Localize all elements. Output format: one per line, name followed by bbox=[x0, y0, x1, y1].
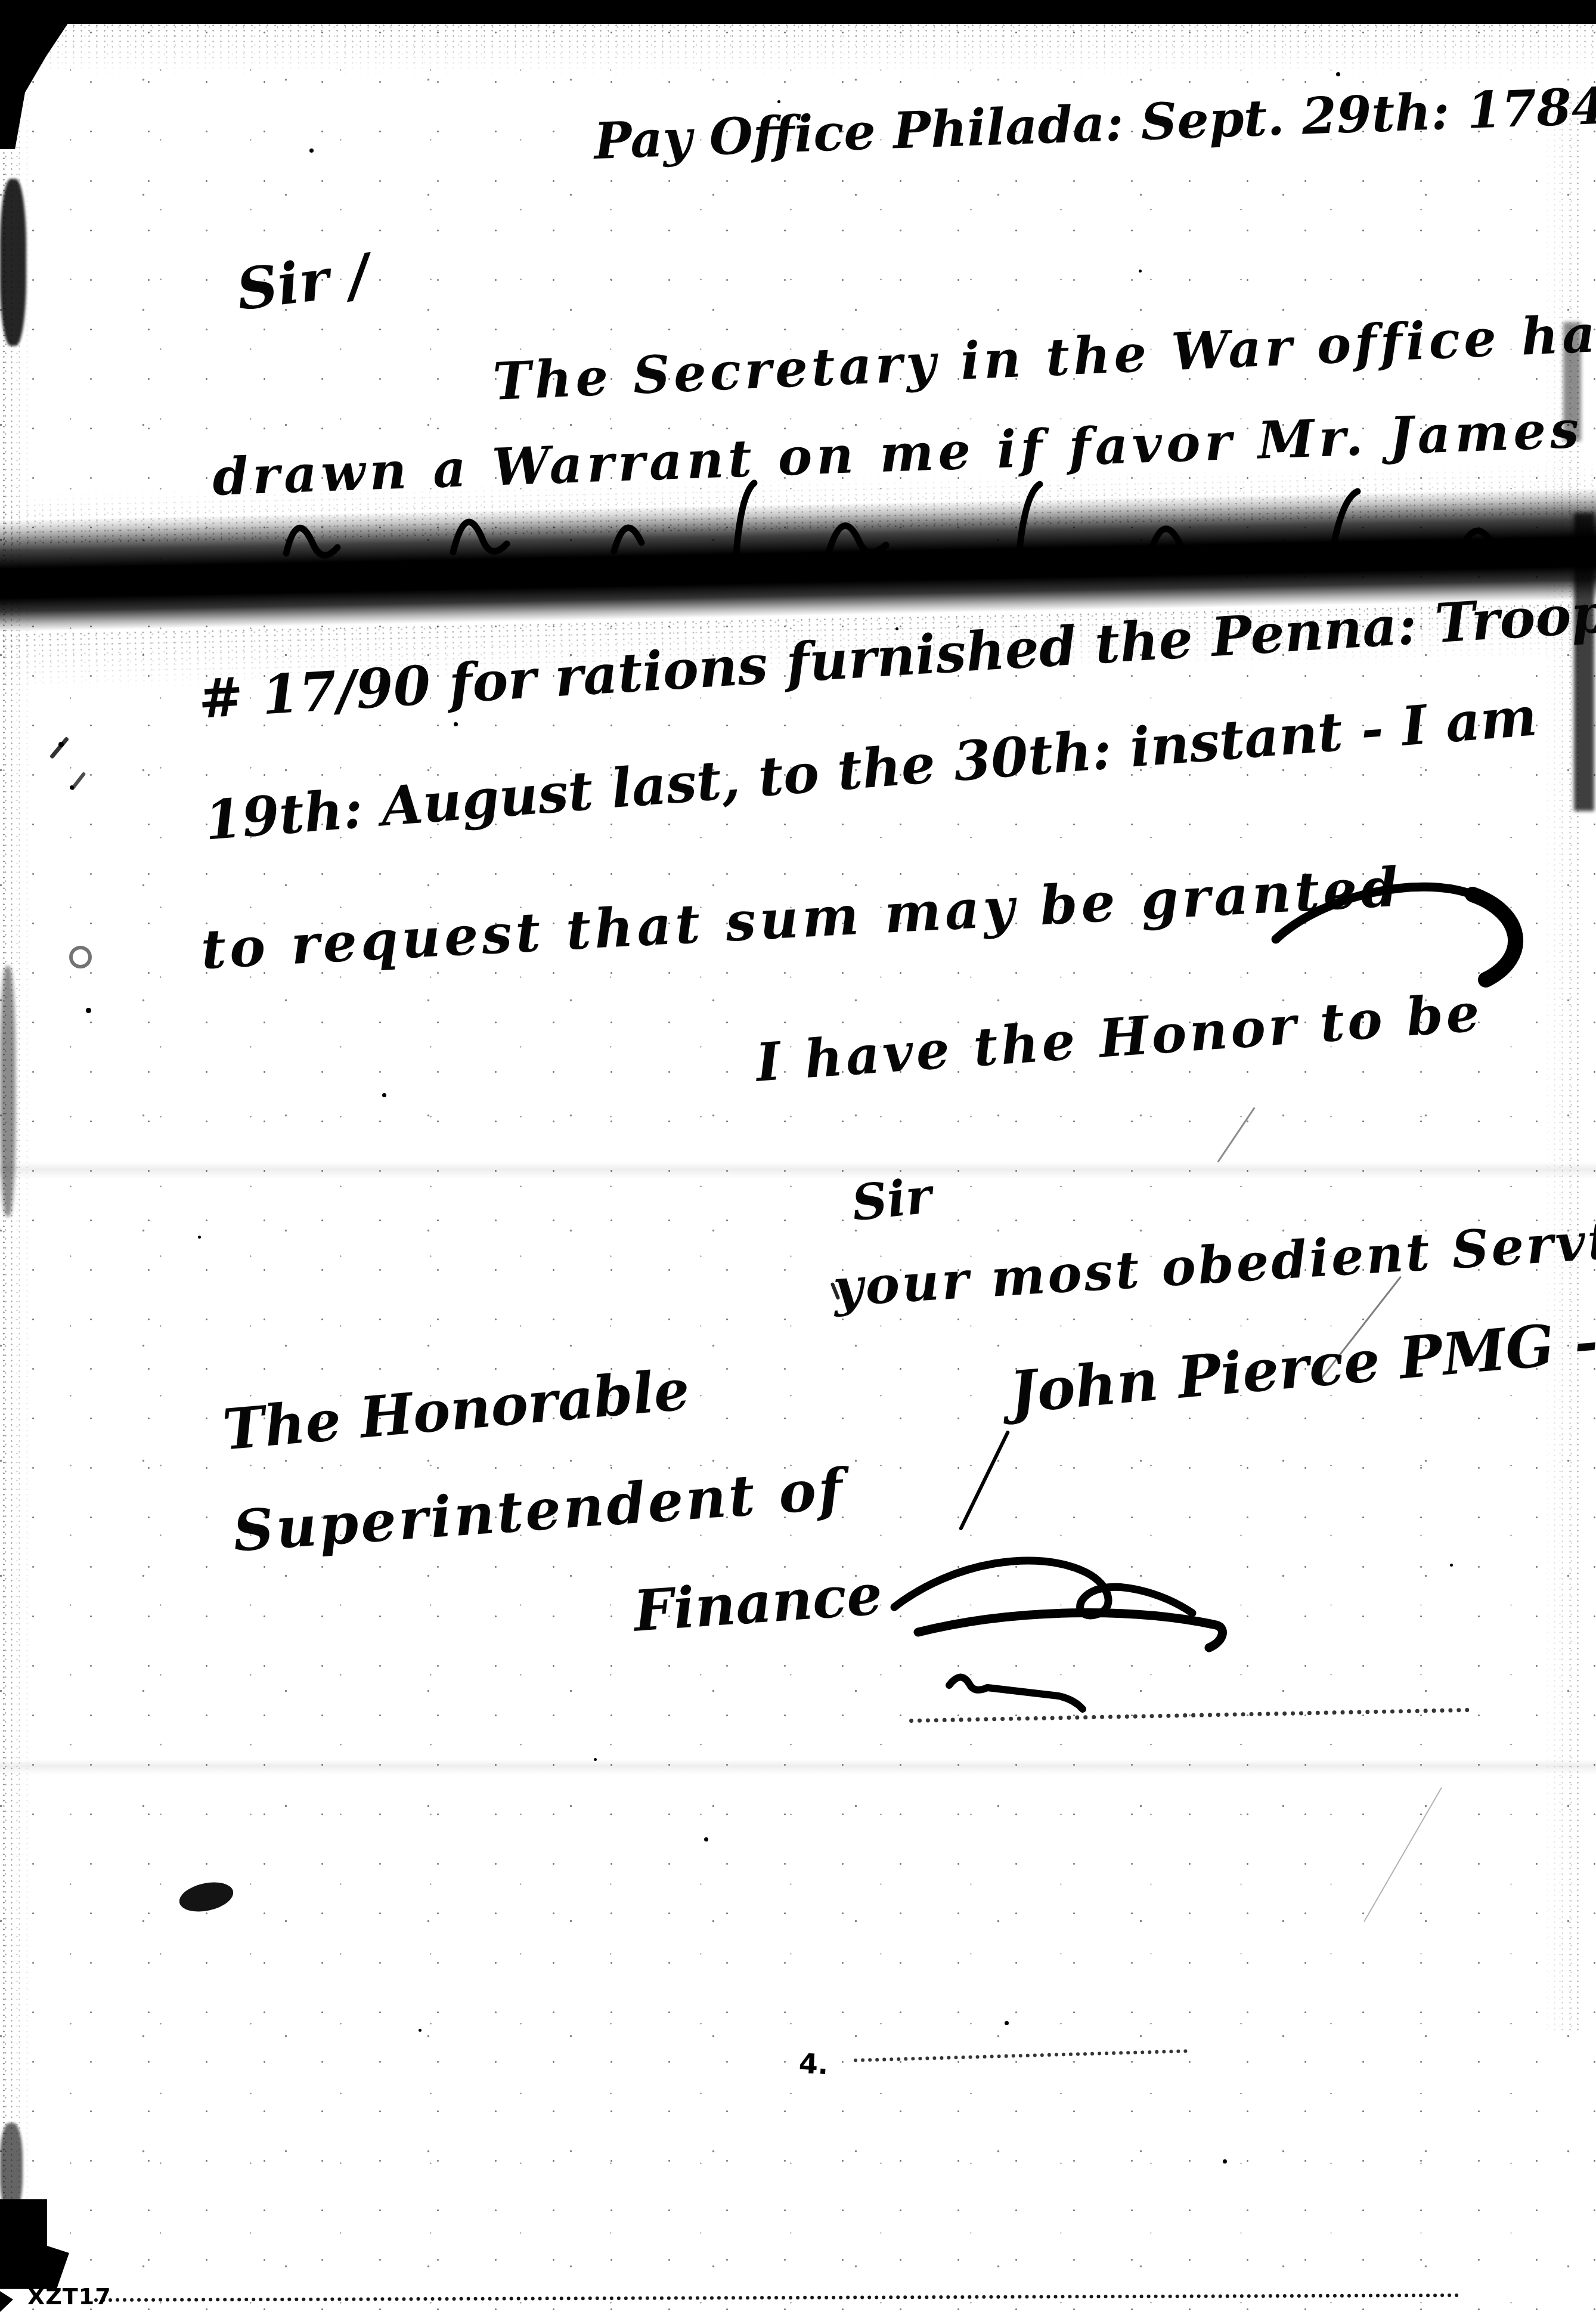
body-line-5: to request that sum may be granted bbox=[200, 860, 1403, 976]
stray-numeral: 4. bbox=[798, 2050, 829, 2079]
address-line-3: Finance bbox=[632, 1567, 884, 1640]
catalog-code: XZT17 bbox=[27, 2285, 111, 2308]
body-line-1: The Secretary in the War office has bbox=[492, 307, 1596, 408]
fold-crease-faint bbox=[0, 1759, 1596, 1775]
scratch-line bbox=[1363, 1787, 1442, 1922]
fly-specks bbox=[0, 0, 3, 3]
letter-scan-page: Pay Office Philada: Sept. 29th: 1784 ~ S… bbox=[0, 0, 1596, 2312]
signature: John Pierce PMG - bbox=[1008, 1313, 1596, 1422]
salutation: Sir / bbox=[234, 246, 372, 318]
ink-blot bbox=[176, 1878, 236, 1916]
closing-line-2: Sir bbox=[850, 1171, 934, 1228]
flourish-stroke bbox=[1270, 868, 1580, 999]
address-line-1: The Honorable bbox=[221, 1362, 692, 1459]
fold-crease-faint bbox=[0, 1162, 1596, 1180]
ink-tick bbox=[49, 736, 70, 759]
top-edge-noise bbox=[0, 23, 1596, 76]
signature-descender-stroke bbox=[959, 1430, 1010, 1531]
closing-line-3: your most obedient Servt bbox=[832, 1215, 1596, 1314]
left-edge-blob bbox=[0, 966, 16, 1217]
bottom-dotted-line bbox=[94, 2294, 1459, 2302]
flourish-stroke bbox=[882, 1536, 1252, 1661]
bleed-through-scribble bbox=[946, 1669, 1089, 1710]
left-edge-blob bbox=[0, 179, 26, 346]
closing-line-1: I have the Honor to be bbox=[754, 986, 1484, 1089]
ink-ring bbox=[69, 946, 92, 968]
top-scan-border bbox=[0, 0, 1596, 24]
scratch-line bbox=[1217, 1107, 1256, 1163]
bottom-left-ink-blob bbox=[0, 2291, 13, 2312]
bottom-left-ink-blob bbox=[0, 2199, 69, 2289]
address-line-2: Superintendent of bbox=[231, 1461, 847, 1559]
dotted-bleed-line bbox=[854, 2049, 1188, 2062]
ink-tick bbox=[70, 772, 86, 791]
left-edge-blob bbox=[0, 2123, 23, 2212]
dateline: Pay Office Philada: Sept. 29th: 1784 ~ bbox=[593, 79, 1596, 166]
